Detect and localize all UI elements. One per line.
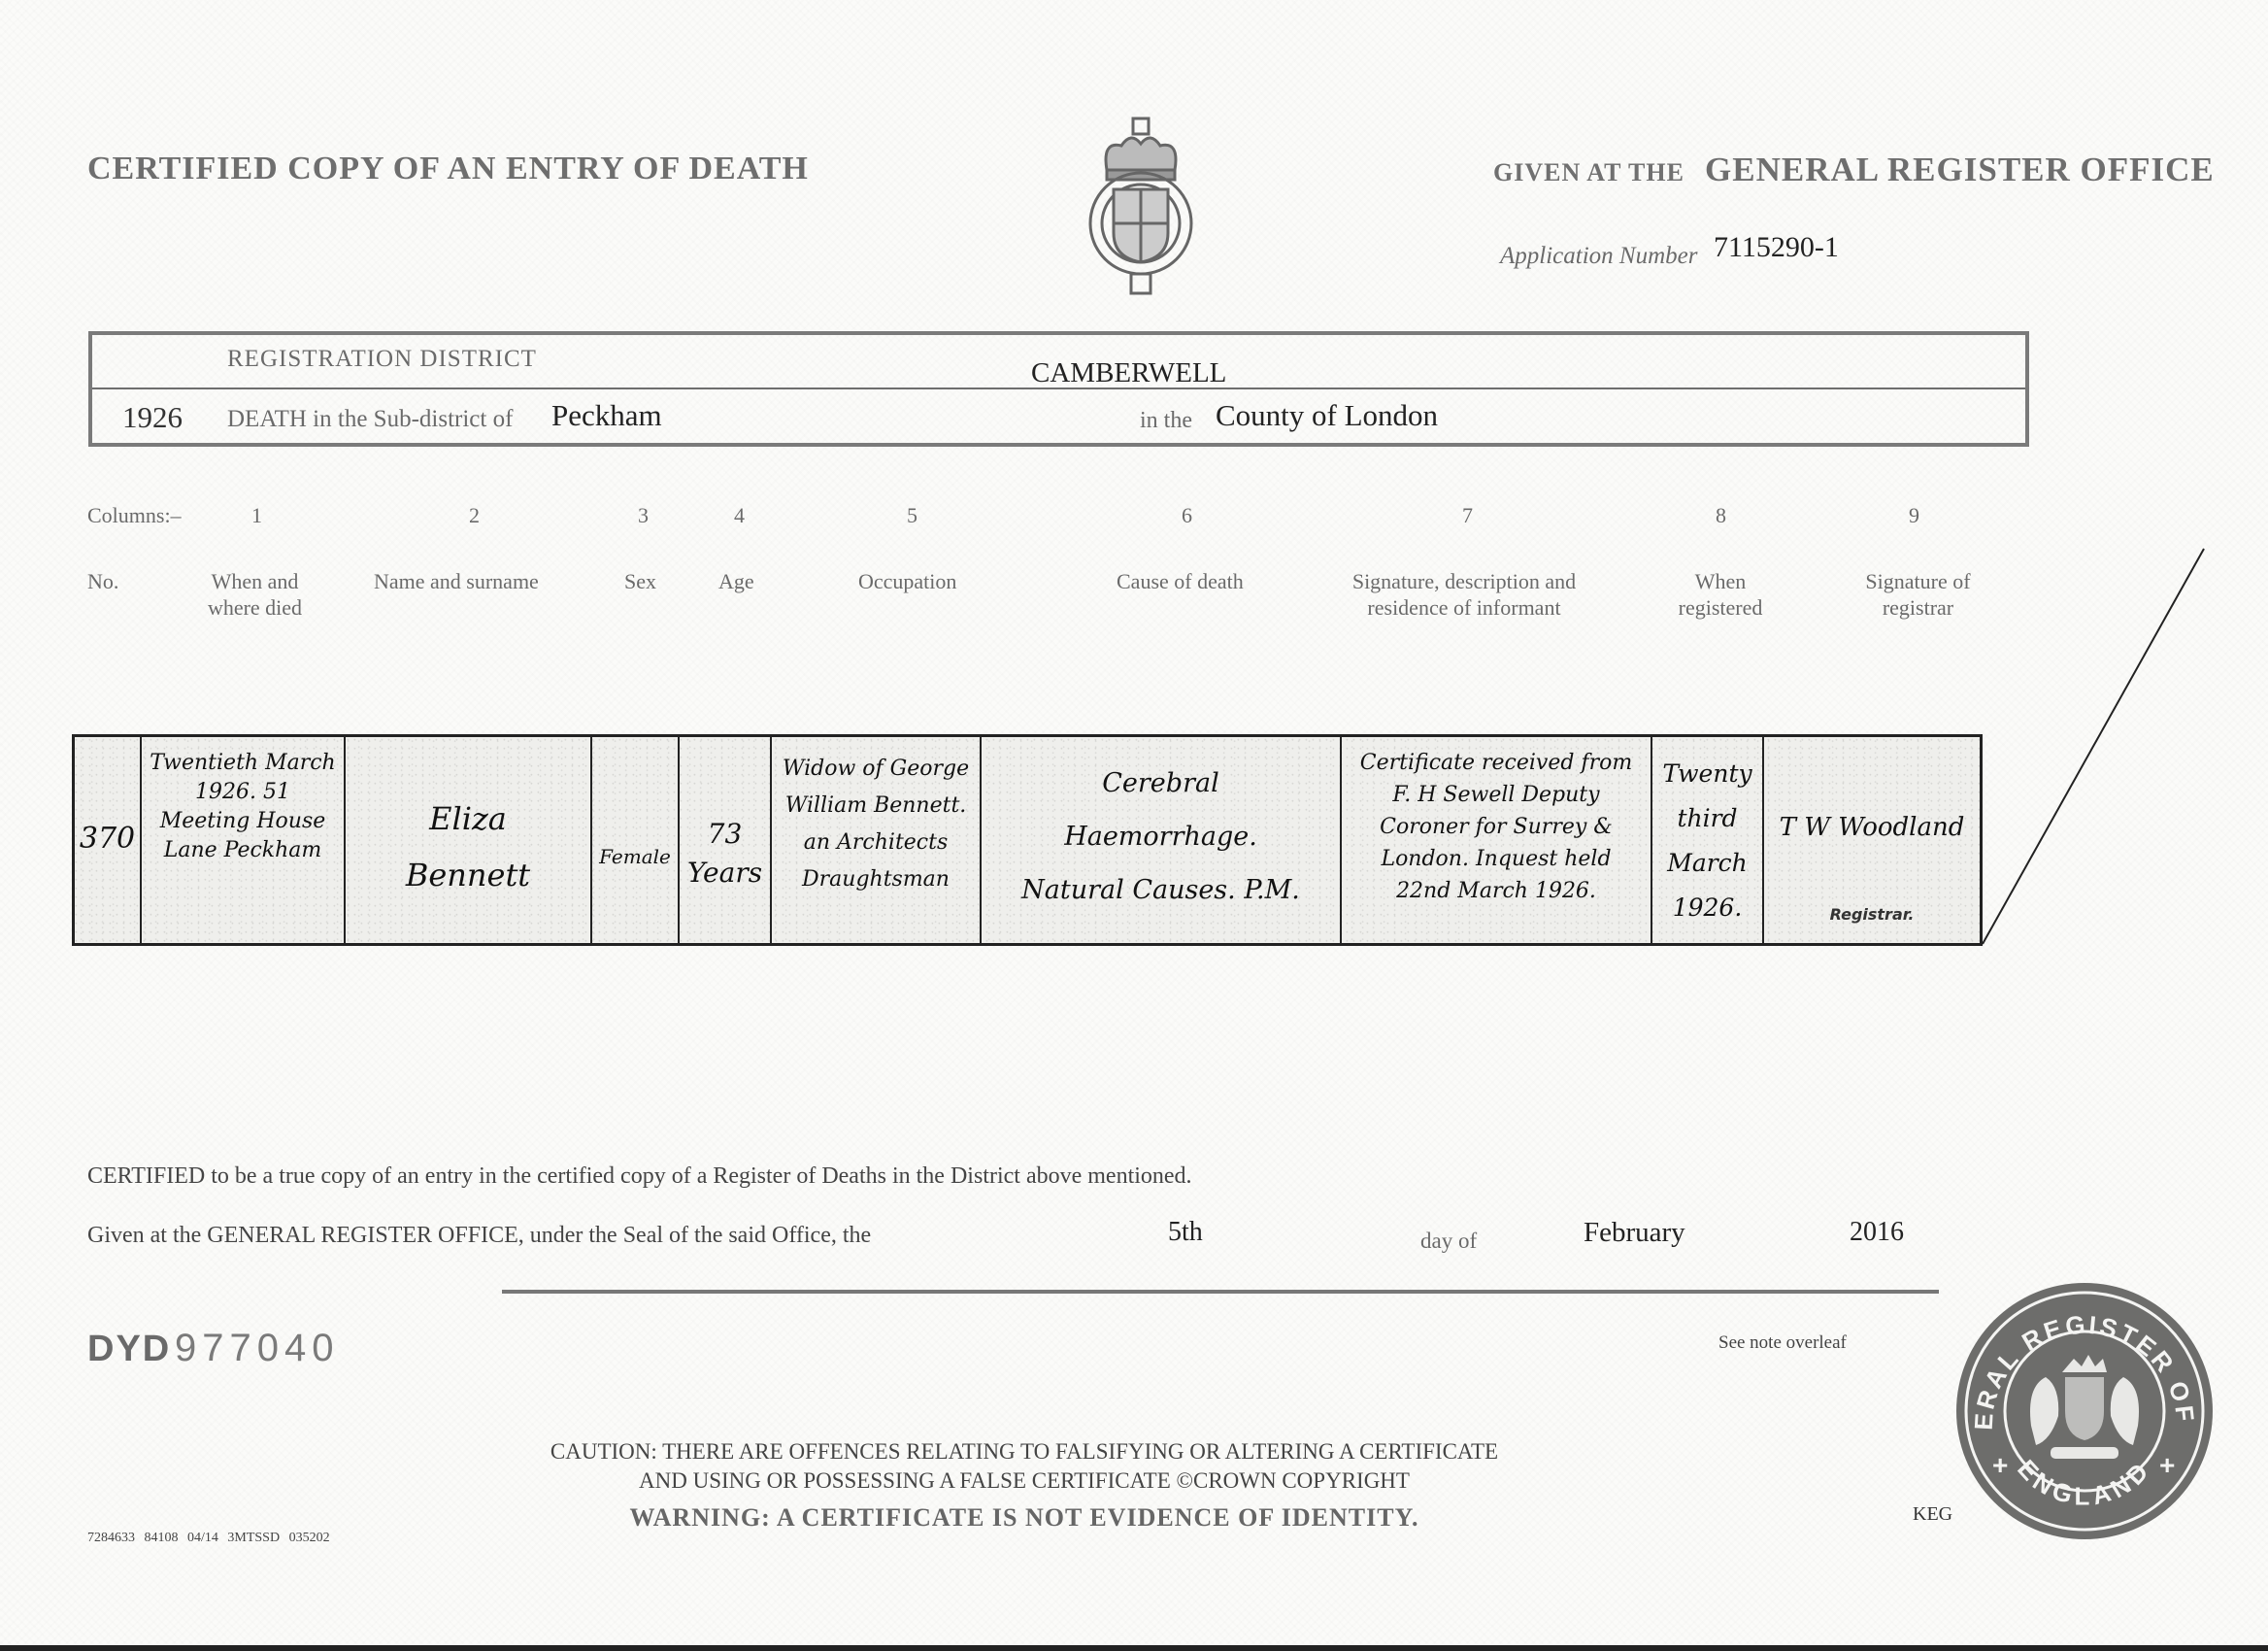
column-header-occupation: Occupation	[858, 568, 956, 594]
issue-day: 5th	[1168, 1217, 1203, 1248]
entry-name: Eliza Bennett	[346, 791, 590, 903]
column-header-sex: Sex	[624, 568, 656, 594]
entry-cell-when-registered: Twenty third March 1926.	[1652, 737, 1764, 943]
column-header-when-where: When and where died	[194, 568, 316, 621]
registrar-label: Registrar.	[1764, 900, 1980, 929]
column-number: 8	[1716, 503, 1726, 528]
entry-cell-cause: Cerebral Haemorrhage. Natural Causes. P.…	[982, 737, 1342, 943]
issuer-name: GENERAL REGISTER OFFICE	[1705, 151, 2215, 189]
registration-year: 1926	[122, 400, 183, 435]
registrar-signature: T W Woodland	[1764, 813, 1980, 842]
serial-prefix: DYD	[87, 1329, 171, 1370]
registration-district: CAMBERWELL	[1031, 357, 1226, 389]
royal-crest-icon	[1073, 117, 1209, 296]
entry-occupation: Widow of George William Bennett. an Arch…	[772, 751, 980, 898]
column-header-age: Age	[718, 568, 754, 594]
column-number: 1	[251, 503, 262, 528]
entry-cell-registrar: T W Woodland Registrar.	[1764, 737, 1980, 943]
columns-label: Columns:–	[87, 503, 182, 528]
general-register-office-seal-icon: GENERAL REGISTER OFFICE ENGLAND + +	[1953, 1280, 2216, 1542]
county: County of London	[1216, 398, 1438, 433]
entry-cell-when-where: Twentieth March 1926. 51 Meeting House L…	[142, 737, 346, 943]
column-number: 3	[638, 503, 649, 528]
entry-cell-age: 73 Years	[680, 737, 772, 943]
registration-district-label: REGISTRATION DISTRICT	[227, 346, 537, 373]
entry-number: 370	[75, 825, 140, 854]
issue-year: 2016	[1850, 1217, 1904, 1248]
column-number: 5	[907, 503, 917, 528]
entry-cell-informant: Certificate received from F. H Sewell De…	[1342, 737, 1652, 943]
issuer-initials: KEG	[1913, 1503, 1952, 1526]
signature-rule	[502, 1290, 1939, 1294]
application-number: 7115290-1	[1714, 231, 1839, 264]
column-header-informant: Signature, description and residence of …	[1333, 568, 1595, 621]
entry-sex: Female	[592, 842, 678, 871]
entry-cause: Cerebral Haemorrhage. Natural Causes. P.…	[982, 757, 1340, 917]
issuer-prefix: GIVEN AT THE	[1493, 158, 1684, 187]
serial-number: 977040	[175, 1327, 339, 1370]
application-number-label: Application Number	[1500, 243, 1697, 270]
svg-text:+: +	[2159, 1450, 2175, 1480]
entry-cell-occupation: Widow of George William Bennett. an Arch…	[772, 737, 982, 943]
certificate-title: CERTIFIED COPY OF AN ENTRY OF DEATH	[87, 151, 809, 187]
entry-informant: Certificate received from F. H Sewell De…	[1342, 747, 1651, 907]
county-label: in the	[1140, 408, 1192, 434]
see-note-overleaf: See note overleaf	[1718, 1332, 1847, 1354]
column-number: 4	[734, 503, 745, 528]
subdistrict-label: DEATH in the Sub-district of	[227, 406, 513, 433]
svg-text:+: +	[1992, 1450, 2008, 1480]
column-number: 6	[1182, 503, 1192, 528]
identity-warning: WARNING: A CERTIFICATE IS NOT EVIDENCE O…	[466, 1503, 1583, 1533]
column-number: 7	[1462, 503, 1473, 528]
entry-cell-name: Eliza Bennett	[346, 737, 592, 943]
caution-line-1: CAUTION: THERE ARE OFFENCES RELATING TO …	[466, 1437, 1583, 1466]
page-edge	[0, 1645, 2268, 1651]
subdistrict: Peckham	[551, 398, 662, 433]
caution-notice: CAUTION: THERE ARE OFFENCES RELATING TO …	[466, 1437, 1583, 1496]
issue-month: February	[1584, 1217, 1685, 1249]
column-header-cause: Cause of death	[1117, 568, 1244, 594]
given-statement: Given at the GENERAL REGISTER OFFICE, un…	[87, 1223, 871, 1249]
entry-row: 370 Twentieth March 1926. 51 Meeting Hou…	[72, 734, 1983, 946]
entry-age: 73 Years	[680, 815, 770, 893]
column-number: 2	[469, 503, 480, 528]
column-number: 9	[1909, 503, 1919, 528]
column-header-registrar: Signature of registrar	[1852, 568, 1984, 621]
certification-statement: CERTIFIED to be a true copy of an entry …	[87, 1163, 1192, 1190]
entry-when-where: Twentieth March 1926. 51 Meeting House L…	[142, 749, 344, 865]
day-of-label: day of	[1420, 1229, 1477, 1254]
cancellation-line	[1981, 544, 2214, 952]
column-header-no: No.	[87, 568, 118, 594]
column-header-name: Name and surname	[374, 568, 539, 594]
entry-when-registered: Twenty third March 1926.	[1652, 752, 1762, 930]
entry-cell-no: 370	[75, 737, 142, 943]
column-header-when-registered: When registered	[1662, 568, 1779, 621]
entry-cell-sex: Female	[592, 737, 680, 943]
caution-line-2: AND USING OR POSSESSING A FALSE CERTIFIC…	[466, 1466, 1583, 1496]
print-code: 7284633 84108 04/14 3MTSSD 035202	[87, 1531, 330, 1546]
